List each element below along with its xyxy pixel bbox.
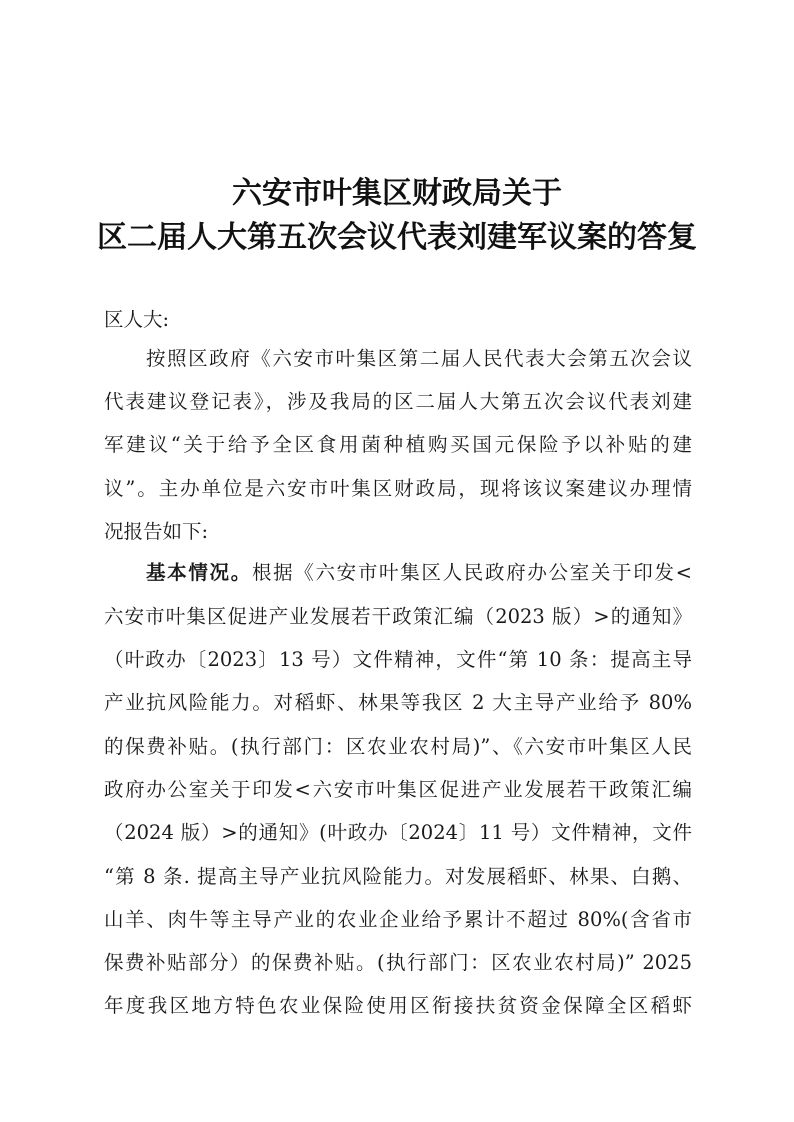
section-heading: 基本情况。	[146, 561, 252, 584]
paragraph-1-line-3: 军建议“关于给予全区食用菌种植购买国元保险予以补贴的建	[104, 425, 692, 465]
paragraph-2-line-6: 政府办公室关于印发<六安市叶集区促进产业发展若干政策汇编	[104, 770, 692, 810]
paragraph-2-line-7: （2024 版）>的通知》(叶政办〔2024〕11 号）文件精神，文件	[104, 813, 692, 853]
paragraph-1-line-4: 议”。主办单位是六安市叶集区财政局，现将该议案建议办理情	[104, 469, 692, 509]
paragraph-2-line-2: 六安市叶集区促进产业发展若干政策汇编（2023 版）>的通知》	[104, 597, 692, 637]
document-title-line-2: 区二届人大第五次会议代表刘建军议案的答复	[0, 216, 794, 260]
paragraph-1-line-1: 按照区政府《六安市叶集区第二届人民代表大会第五次会议	[146, 339, 692, 379]
paragraph-2-line-1-text: 根据《六安市叶集区人民政府办公室关于印发<	[252, 561, 692, 584]
paragraph-2-line-11: 年度我区地方特色农业保险使用区衔接扶贫资金保障全区稻虾	[104, 986, 692, 1026]
paragraph-2-line-8: “第 8 条. 提高主导产业抗风险能力。对发展稻虾、林果、白鹅、	[104, 857, 692, 897]
paragraph-1-line-2: 代表建议登记表》，涉及我局的区二届人大第五次会议代表刘建	[104, 382, 692, 422]
paragraph-2-line-1: 基本情况。根据《六安市叶集区人民政府办公室关于印发<	[146, 553, 692, 593]
paragraph-2-line-10: 保费补贴部分）的保费补贴。(执行部门：区农业农村局)” 2025	[104, 943, 692, 983]
paragraph-2-line-3: （叶政办〔2023〕13 号）文件精神，文件“第 10 条：提高主导	[104, 640, 692, 680]
paragraph-2-line-5: 的保费补贴。(执行部门：区农业农村局)”、《六安市叶集区人民	[104, 727, 692, 767]
document-page: 六安市叶集区财政局关于 区二届人大第五次会议代表刘建军议案的答复 区人大: 按照…	[0, 0, 794, 1122]
paragraph-2-line-9: 山羊、肉牛等主导产业的农业企业给予累计不超过 80%(含省市	[104, 900, 692, 940]
paragraph-2-line-4: 产业抗风险能力。对稻虾、林果等我区 2 大主导产业给予 80%	[104, 683, 692, 723]
paragraph-1-line-5: 况报告如下:	[104, 512, 692, 552]
salutation: 区人大:	[104, 300, 692, 340]
document-title-line-1: 六安市叶集区财政局关于	[0, 172, 794, 216]
